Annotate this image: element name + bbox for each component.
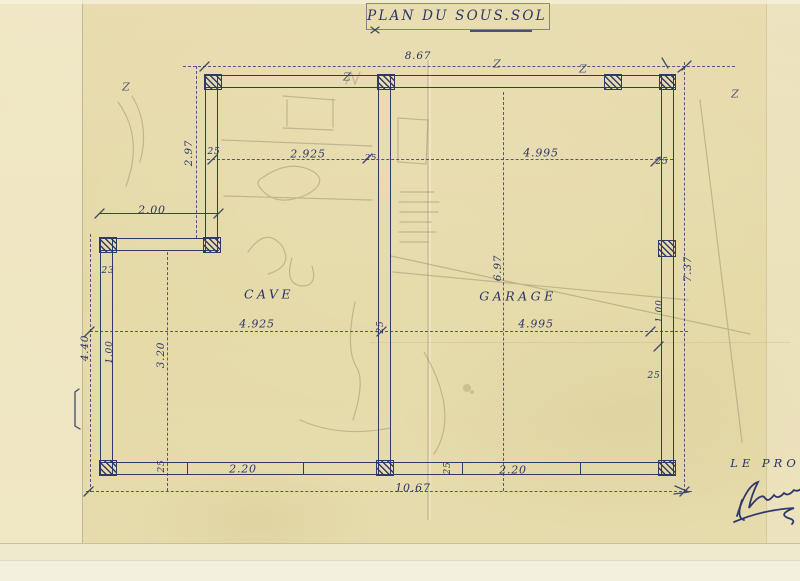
dim-upper-height: 2.97 [183,140,195,167]
dim-left-offset: 1.00 [105,340,115,363]
dim-top-left-25: 25 [207,147,220,157]
owner-caption: LE PRO [730,456,800,470]
dim-top-overall: 8.67 [405,50,432,62]
z-mark: Z [579,63,587,76]
dim-mid-25: 25 [376,320,386,333]
dim-right-height: 7.37 [682,256,694,283]
dim-garage-width: 4.995 [518,318,554,331]
x-mark [371,27,379,33]
scanned-floor-plan: PLAN DU SOUS.SOL [0,0,800,581]
dim-left-height: 4.40 [79,335,91,362]
dim-garage-inner-height: 6.97 [492,255,504,282]
dim-left-wall: 23 [101,266,114,276]
dim-garage-top-width: 4.995 [523,147,559,160]
dim-top-mid-25: 25 [365,153,377,163]
dim-bottom-25-b: 25 [443,461,453,474]
z-mark: Z [493,58,501,71]
dim-top-right-25: 25 [655,157,668,167]
dimension-ticks [84,61,691,496]
dim-bottom-opening-b: 2.20 [499,464,527,477]
z-mark: Z [343,71,351,84]
edge-bracket-mark [75,389,80,429]
signature [734,500,794,524]
room-label-garage: GARAGE [479,289,557,304]
dim-step-width: 2.00 [138,204,166,217]
room-label-cave: CAVE [244,287,294,302]
dim-right-lower-25: 25 [647,371,660,381]
dim-bottom-overall: 10.67 [395,482,431,495]
dim-cave-inner-height: 3.20 [155,342,167,369]
z-mark: Z [731,88,739,101]
dim-cave-top-width: 2.925 [290,148,326,161]
dim-right-offset: 1.00 [655,299,665,322]
dim-cave-width: 4.925 [239,318,275,331]
z-mark: Z [122,81,130,94]
dim-bottom-25-a: 25 [157,459,167,472]
dim-bottom-opening-a: 2.20 [229,463,257,476]
